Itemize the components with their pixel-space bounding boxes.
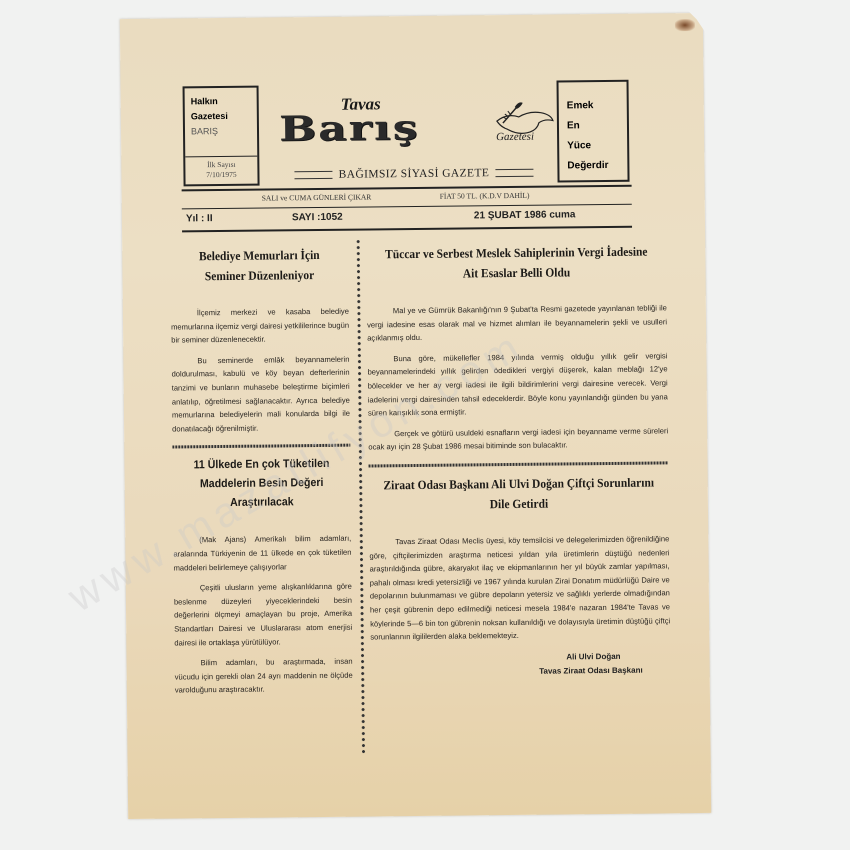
article-paragraph: (Mak Ajans) Amerikalı bilim adamları, ar… [173,532,351,575]
issue-date: 21 ŞUBAT 1986 cuma [474,209,576,221]
date-row: Yıl : II SAYI :1052 21 ŞUBAT 1986 cuma [182,209,632,214]
article-headline: 11 Ülkede En çok Tüketilen Maddelerin Be… [180,455,344,514]
article-nutrition: 11 Ülkede En çok Tüketilen Maddelerin Be… [172,455,353,697]
left-column: Belediye Memurları İçin Seminer Düzenlen… [170,239,353,705]
motto-line: Emek [567,96,627,117]
publish-days: SALI ve CUMA GÜNLERİ ÇIKAR [262,192,372,202]
article-headline: Tüccar ve Serbest Meslek Sahiplerinin Ve… [378,241,654,284]
signature-title: Tavas Ziraat Odası Başkanı [371,663,643,680]
newspaper-page: Halkın Gazetesi BARIŞ İlk Sayısı 7/10/19… [120,13,711,819]
year-label: Yıl : II [186,213,213,224]
corner-stain [675,19,695,31]
signature: Ali Ulvi Doğan Tavas Ziraat Odası Başkan… [370,649,670,680]
motto-line: Yüce [567,136,627,157]
article-paragraph: Bu seminerde emlâk beyannamelerin doldur… [171,352,350,435]
article-tax: Tüccar ve Serbest Meslek Sahiplerinin Ve… [366,241,668,454]
logo-suffix-text: Gazetesi [496,131,534,143]
issue-number: SAYI :1052 [292,212,343,224]
article-headline: Belediye Memurları İçin Seminer Düzenlen… [177,245,341,287]
article-farmers: Ziraat Odası Başkanı Ali Ulvi Doğan Çift… [369,472,671,680]
logo-main-text: Barış [279,108,420,149]
decorative-lines [495,169,533,177]
motto-line: En [567,116,627,137]
right-column: Tüccar ve Serbest Meslek Sahiplerinin Ve… [366,235,671,680]
article-paragraph: Tavas Ziraat Odası Meclis üyesi, köy tem… [369,532,670,644]
first-issue-date: 7/10/1975 [185,170,257,181]
article-paragraph: Mal ye ve Gümrük Bakanlığı'nın 9 Şubat't… [367,301,667,345]
masthead-left-box: Halkın Gazetesi BARIŞ İlk Sayısı 7/10/19… [183,86,260,187]
price: FİAT 50 TL. (K.D.V DAHİL) [440,191,530,201]
left-box-line2: Gazetesi [191,109,257,125]
article-headline: Ziraat Odası Başkanı Ali Ulvi Doğan Çift… [381,472,657,515]
masthead-right-box: Emek En Yüce Değerdir [556,80,629,183]
date-rule [182,226,632,233]
article-paragraph: İlçemiz merkezi ve kasaba belediye memur… [171,305,349,348]
article-seminar: Belediye Memurları İçin Seminer Düzenlen… [170,245,350,436]
article-paragraph: Gerçek ve götürü usuldeki esnafların ver… [368,424,668,454]
article-paragraph: Buna göre, mükellefler 1984 yılında verm… [367,349,668,420]
section-divider [369,461,669,467]
motto-line: Değerdir [567,156,627,177]
article-paragraph: Çeşitli ulusların yeme alışkanlıklarına … [174,580,353,650]
decorative-lines [295,171,333,179]
left-box-line3: BARIŞ [191,124,257,140]
section-divider [172,444,350,449]
left-box-line1: Halkın [191,94,257,110]
column-divider [355,239,366,754]
article-paragraph: Bilim adamları, bu araştırmada, insan vü… [175,655,353,698]
subtitle-text: BAĞIMSIZ SİYASİ GAZETE [339,167,490,181]
